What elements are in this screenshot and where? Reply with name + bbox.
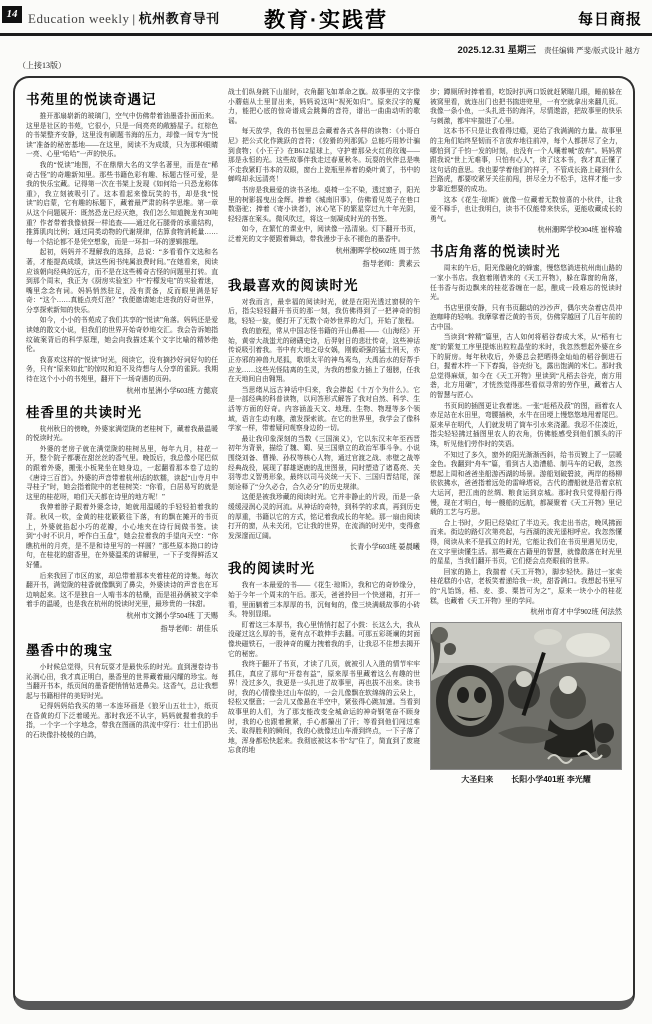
article-paragraph: 当思绪从远古神话中归来，我会捧起《十万个为什么》。它是一部经典的科普读物，以问答… bbox=[228, 386, 420, 434]
article-paragraph: 我喜欢这样的“悦读”时光，阅读它，没有摘抄好词好句的任务，只有“原来如此”的惊叹… bbox=[26, 356, 218, 385]
column-3: 步；蹲厕所时捧着看，吃饭时扒两口饭就赶紧瞄几眼，睡前躲在被窝里看，就连出门也把书… bbox=[430, 88, 622, 995]
article-paragraph: 如今，在繁忙的课业中，阅读像一泓清泉。灯下翻开书页，泛着光的文字便跟着舞动，带我… bbox=[228, 225, 420, 244]
article-paragraph: 合上书时，夕阳已经染红了半边天。我走出书店，晚风拂面而来。街边的路灯次第亮起，与… bbox=[430, 519, 622, 567]
article-paragraph: 步；蹲厕所时捧着看，吃饭时扒两口饭就赶紧瞄几眼，睡前躲在被窝里看，就连出门也把书… bbox=[430, 88, 622, 126]
article-title: 墨香中的瑰宝 bbox=[26, 639, 218, 659]
article-paragraph: 我终于翻开了书页，才读了几页，就被引人入胜的情节牢牢抓住，真应了那句“开卷有益”… bbox=[228, 660, 420, 756]
artwork-caption: 大圣归来 长阳小学401班 李光耀 bbox=[430, 774, 622, 785]
page-header: 14 Education weekly|杭州教育导刊 教育·实践营 每日商报 bbox=[0, 6, 652, 32]
article-byline: 杭州潮晖学校602班 周于然 bbox=[228, 246, 420, 256]
article-paragraph: 外婆的老房子就在满觉陇的桂树丛里，每年九月，桂花一开，整个院子都裹在甜丝丝的香气… bbox=[26, 445, 218, 503]
article-paragraph: 小时候总觉得，只有玩耍才是最快乐的时光。直到漫卷诗书沁润心田，我才真正明白，墨香… bbox=[26, 663, 218, 701]
article-paragraph: 周末的午后，阳光像融化的蜂蜜，慢悠悠淌进杭州南山路的一家小书店。我抱着刚借来的《… bbox=[430, 264, 622, 302]
article-paragraph: 我伸着脖子跟着外婆念诗，她就用温暖的手轻轻拍着我的背。秋风一吹，金黄的桂花簌簌往… bbox=[26, 503, 218, 570]
article-paragraph: 这便是被我珍藏的阅读时光。它并非静止的片段，而是一条缓缓浸润心灵的河流。从神话的… bbox=[228, 493, 420, 541]
editor-credits: 责任编辑 严斐/版式设计 越方 bbox=[544, 46, 640, 55]
article-byline: 杭州潮晖学校304班 崔梓瑜 bbox=[430, 225, 622, 235]
article-title: 书苑里的悦读奇遇记 bbox=[26, 88, 218, 108]
masthead: 每日商报 bbox=[578, 8, 642, 29]
newspaper-page: 14 Education weekly|杭州教育导刊 教育·实践营 每日商报 2… bbox=[0, 0, 652, 1024]
article-paragraph: 书页间的插图更让我着迷。一张“赶稻及菽”的图，画着农人赤足站在水田里，弯腰插秧，… bbox=[430, 402, 622, 450]
column-1-content: 书苑里的悦读奇遇记推开那扇崭新的玻璃门，空气中仿佛带着油墨香扑面而来。这里是社区… bbox=[26, 88, 218, 741]
article-byline: 杭州市育才中学902班 何法然 bbox=[430, 607, 622, 617]
article-box: 书苑里的悦读奇遇记推开那扇崭新的玻璃门，空气中仿佛带着油墨香扑面而来。这里是社区… bbox=[13, 76, 635, 1010]
article-byline: 指导老师：黄素云 bbox=[228, 259, 420, 269]
article-title: 书店角落的悦读时光 bbox=[430, 240, 622, 260]
header-rule bbox=[0, 33, 652, 36]
article-paragraph: 回家的路上，我揣着《天工开物》，脚步轻快。路过一家卖桂花糕的小店，老板笑着递给我… bbox=[430, 568, 622, 606]
article-paragraph: 当读到“粹精”篇里，古人如何将稻谷舂成大米，从“稻有七度”的繁复工序里提炼出粒粒… bbox=[430, 333, 622, 400]
article-paragraph: 最让我印象深刻的当数《三国演义》，它以东汉末年至西晋初年为背景，描绘了魏、蜀、吴… bbox=[228, 435, 420, 493]
column-3-content: 步；蹲厕所时捧着看，吃饭时扒两口饭就赶紧瞄几眼，睡前躲在被窝里看，就连出门也把书… bbox=[430, 88, 622, 617]
article-paragraph: 记得妈妈给我买的第一本连环画是《狼牙山五壮士》，纸页在昏黄的灯下泛着暖光。那时我… bbox=[26, 702, 218, 740]
article-paragraph: 盯着这三本厚书，我心里悄悄打起了小鼓：长这么大，我从没碰过这么厚的书，竟有点不敢… bbox=[228, 621, 420, 659]
date-line: 2025.12.31 星期三 责任编辑 严斐/版式设计 越方 bbox=[457, 40, 640, 58]
artwork-title: 大圣归来 bbox=[461, 774, 493, 785]
article-paragraph: 我的旅程，常从中国志怪书籍的开山鼻祖——《山海经》开始，黄帝大战蚩尤的磅礴史诗，… bbox=[228, 327, 420, 385]
date-text: 2025.12.31 星期三 bbox=[457, 45, 536, 56]
article-paragraph: 每天放学，我的书包里总会藏着各式各样的读物：《小哥白尼》把公式化作跳跃的音符；《… bbox=[228, 127, 420, 185]
painting-graphic bbox=[431, 623, 621, 769]
column-1: 书苑里的悦读奇遇记推开那扇崭新的玻璃门，空气中仿佛带着油墨香扑面而来。这里是社区… bbox=[26, 88, 218, 995]
continued-from-note: （上接13版） bbox=[18, 60, 66, 71]
article-paragraph: 这本书不只是让我看得过瘾，更给了我满满的力量。故事里的主角们始终坚韧而不言放弃地… bbox=[430, 127, 622, 194]
article-title: 桂香里的共读时光 bbox=[26, 401, 218, 421]
article-paragraph: 我有一本最爱的书——《花生·琼斯》，我和它的奇妙缘分，始于今年一个周末的午后。那… bbox=[228, 581, 420, 619]
article-paragraph: 如今，小小的书苑成了我们共享的“悦读”角落。妈妈还是爱读她的散文小说，但我们的世… bbox=[26, 316, 218, 354]
page-title: 教育·实践营 bbox=[0, 4, 652, 34]
article-title: 我最喜欢的阅读时光 bbox=[228, 274, 420, 294]
student-artwork: 大圣归来 长阳小学401班 李光耀 bbox=[430, 622, 622, 785]
article-paragraph: 战士们纵身跳下山崖时，衣角翻飞如革命之旗。故事里的文字像小蘑菇从土里冒出来，妈妈… bbox=[228, 88, 420, 126]
article-byline: 指导老师：胡佳乐 bbox=[26, 624, 218, 634]
article-paragraph: 书房是我最爱的读书圣地。桌椅一尘不染，透过窗子，阳光里的树影摇曳出金辉。捧着《城… bbox=[228, 186, 420, 224]
article-paragraph: 起初，妈妈并不理解我的选择，总说：“多看看作文选和名著，才能提高成绩，读这些闲书… bbox=[26, 248, 218, 315]
article-paragraph: 我的“悦读”地图，不在鼎鼎大名的文学名著里，而是在“稀奇古怪”的奇趣新知里。那些… bbox=[26, 161, 218, 247]
article-paragraph: 后来我回了市区的家，却总带着那本夹着桂花的诗集。每次翻开书，满觉陇的桂香就像飘到… bbox=[26, 572, 218, 610]
article-paragraph: 推开那扇崭新的玻璃门，空气中仿佛带着油墨香扑面而来。这里是社区的书苑，它很小，只… bbox=[26, 112, 218, 160]
article-byline: 杭州市星洲小学603班 方懿宸 bbox=[26, 386, 218, 396]
artwork-byline: 长阳小学401班 李光耀 bbox=[511, 774, 591, 785]
column-2-content: 战士们纵身跳下山崖时，衣角翻飞如革命之旗。故事里的文字像小蘑菇从土里冒出来，妈妈… bbox=[228, 88, 420, 756]
article-byline: 长青小学603班 晏晨曦 bbox=[228, 542, 420, 552]
article-paragraph: 这本《花生·琼斯》就像一位藏着无数惊喜的小伙伴，让我爱不释手，也让我明白，读书不… bbox=[430, 196, 622, 225]
column-2: 战士们纵身跳下山崖时，衣角翻飞如革命之旗。故事里的文字像小蘑菇从土里冒出来，妈妈… bbox=[228, 88, 420, 995]
column-layout: 书苑里的悦读奇遇记推开那扇崭新的玻璃门，空气中仿佛带着油墨香扑面而来。这里是社区… bbox=[26, 88, 622, 995]
article-byline: 杭州市文渊小学504班 丁天赐 bbox=[26, 611, 218, 621]
article-paragraph: 杭州秋日的傍晚，外婆家满觉陇的老桂树下，藏着我最温暖的悦读时光。 bbox=[26, 425, 218, 444]
article-paragraph: 不知过了多久，窗外的阳光渐渐西斜，给书页镀上了一层暖金色。我翻到“舟车”篇，看到… bbox=[430, 451, 622, 518]
article-paragraph: 书店里很安静，只有书页翻动的沙沙声，偶尔夹杂着店员冲泡咖啡的轻响。我摩挲着泛黄的… bbox=[430, 304, 622, 333]
article-paragraph: 对我而言，最幸福的阅读时光，就是在阳光透过窗棂的午后，指尖轻轻翻开书页的那一刻，… bbox=[228, 298, 420, 327]
article-title: 我的阅读时光 bbox=[228, 557, 420, 577]
student-painting-monkey-king bbox=[430, 622, 622, 770]
